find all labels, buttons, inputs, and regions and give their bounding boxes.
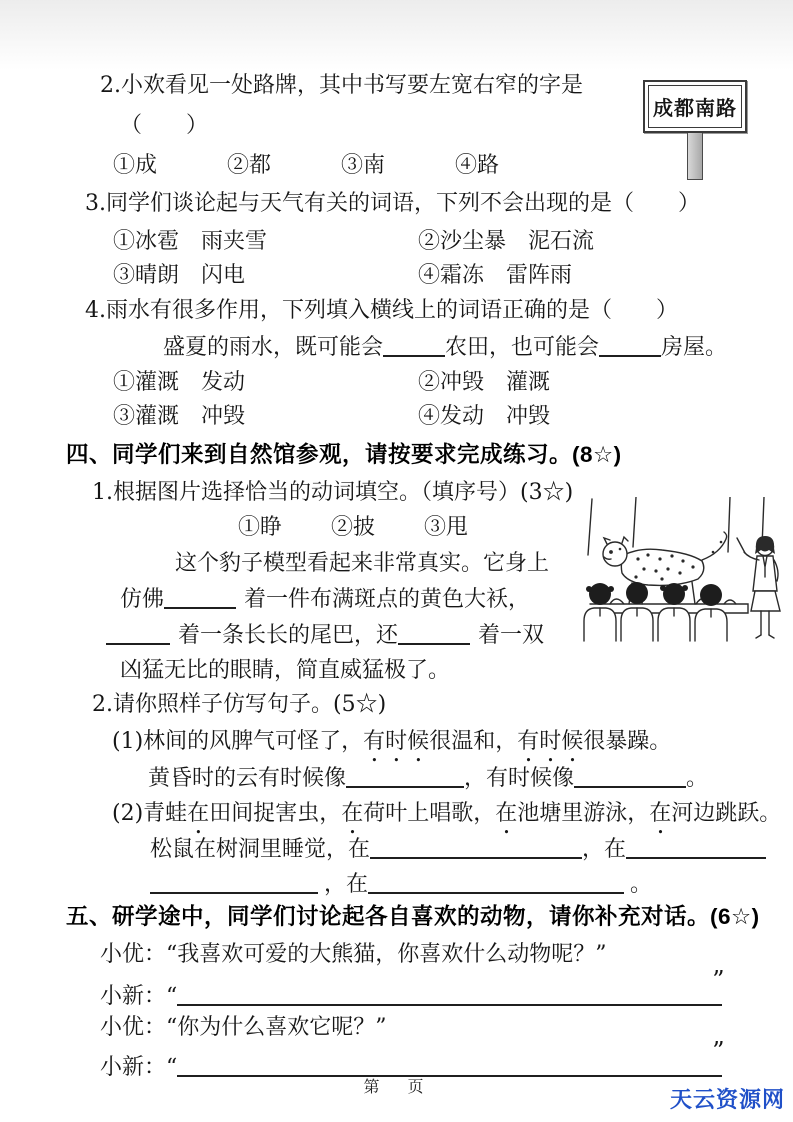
answer-blank (164, 592, 236, 609)
watermark: 天云资源网 (670, 1086, 785, 1114)
paragraph-line: 仿佛着一件布满斑点的黄色大袄， (120, 586, 530, 614)
option: ①成 (113, 152, 227, 180)
option: ③南 (341, 152, 455, 180)
answer-blank (574, 771, 686, 788)
option: ④路 (455, 152, 569, 180)
answer-blank (626, 842, 766, 859)
worksheet-page: 2.小欢看见一处路牌，其中书写要左宽右窄的字是 （ ） ①成②都③南④路 成都南… (0, 0, 793, 1122)
emphasized-text: 在 (187, 801, 209, 826)
section4-q2-stem: 2.请你照样子仿写句子。(5☆) (92, 691, 386, 719)
option: ②冲毁 灌溉 (418, 369, 550, 397)
paragraph-line: 凶猛无比的眼睛，简直威猛极了。 (120, 657, 450, 685)
answer-blank (177, 1060, 722, 1077)
section-4-heading: 四、同学们来到自然馆参观，请按要求完成练习。(8☆) (66, 441, 622, 469)
question-2-answer-brackets: （ ） (120, 112, 208, 140)
option: ①睁 (238, 514, 331, 542)
dialogue-xiaoyou-1: 小优：“我喜欢可爱的大熊猫，你喜欢什么动物呢？” (100, 941, 607, 969)
option: ④发动 冲毁 (418, 403, 550, 431)
verb-options: ①睁②披③甩 (238, 514, 468, 542)
question-3-stem: 3.同学们谈论起与天气有关的词语，下列不会出现的是（ ） (85, 190, 700, 218)
example-sentence-2: (2)青蛙在田间捉害虫，在荷叶上唱歌，在池塘里游泳，在河边跳跃。 (112, 800, 781, 839)
road-sign-board: 成都南路 (643, 80, 747, 133)
paragraph-line: 着一条长长的尾巴，还着一双 (106, 622, 544, 650)
answer-blank (383, 340, 445, 357)
answer-blank (599, 340, 661, 357)
answer-blank (398, 628, 470, 645)
emphasized-text: 在 (341, 801, 363, 826)
answer-blank (370, 842, 582, 859)
emphasized-text: 在 (495, 801, 517, 826)
answer-blank (106, 628, 170, 645)
imitation-line-2: 松鼠在树洞里睡觉，在，在 (150, 836, 766, 864)
question-2-stem: 2.小欢看见一处路牌，其中书写要左宽右窄的字是 (100, 72, 583, 100)
option: ③甩 (424, 515, 468, 540)
closing-quote: ” (712, 966, 724, 994)
road-sign-post (687, 133, 703, 180)
option: ②披 (331, 514, 424, 542)
section-5-heading: 五、研学途中，同学们讨论起各自喜欢的动物，请你补充对话。(6☆) (66, 903, 760, 931)
answer-blank (346, 771, 464, 788)
section4-q1-stem: 1.根据图片选择恰当的动词填空。（填序号）(3☆) (92, 479, 573, 507)
answer-blank (368, 877, 624, 894)
question-2-options: ①成②都③南④路 (113, 152, 569, 180)
emphasized-text: 有时候 (517, 729, 583, 754)
question-4-fill-sentence: 盛夏的雨水，既可能会农田，也可能会房屋。 (163, 334, 727, 362)
answer-blank (150, 877, 318, 894)
dialogue-xiaoxin-2: 小新：“” (100, 1051, 725, 1082)
dialogue-xiaoxin-1: 小新：“” (100, 980, 725, 1011)
imitation-line-1: 黄昏时的云有时候像，有时候像。 (148, 765, 708, 793)
question-4-stem: 4.雨水有很多作用，下列填入横线上的词语正确的是（ ） (85, 297, 678, 325)
closing-quote: ” (712, 1037, 724, 1065)
option: ①冰雹 雨夹雪 (113, 228, 267, 256)
option: ④霜冻 雷阵雨 (418, 262, 572, 290)
road-sign: 成都南路 (643, 80, 747, 180)
museum-leopard-illustration (578, 497, 790, 655)
option: ②都 (227, 152, 341, 180)
paragraph-line: 这个豹子模型看起来非常真实。它身上 (175, 550, 549, 578)
dialogue-xiaoyou-2: 小优：“你为什么喜欢它呢？” (100, 1014, 387, 1042)
option: ①灌溉 发动 (113, 369, 245, 397)
emphasized-text: 有时候 (363, 729, 429, 754)
option: ③晴朗 闪电 (113, 262, 245, 290)
imitation-line-3: ，在。 (150, 871, 652, 899)
emphasized-text: 在 (649, 801, 671, 826)
road-sign-text: 成都南路 (648, 85, 742, 128)
answer-blank (177, 989, 722, 1006)
option: ③灌溉 冲毁 (113, 403, 245, 431)
option: ②沙尘暴 泥石流 (418, 228, 594, 256)
example-sentence-1: (1)林间的风脾气可怪了，有时候很温和，有时候很暴躁。 (112, 728, 671, 767)
